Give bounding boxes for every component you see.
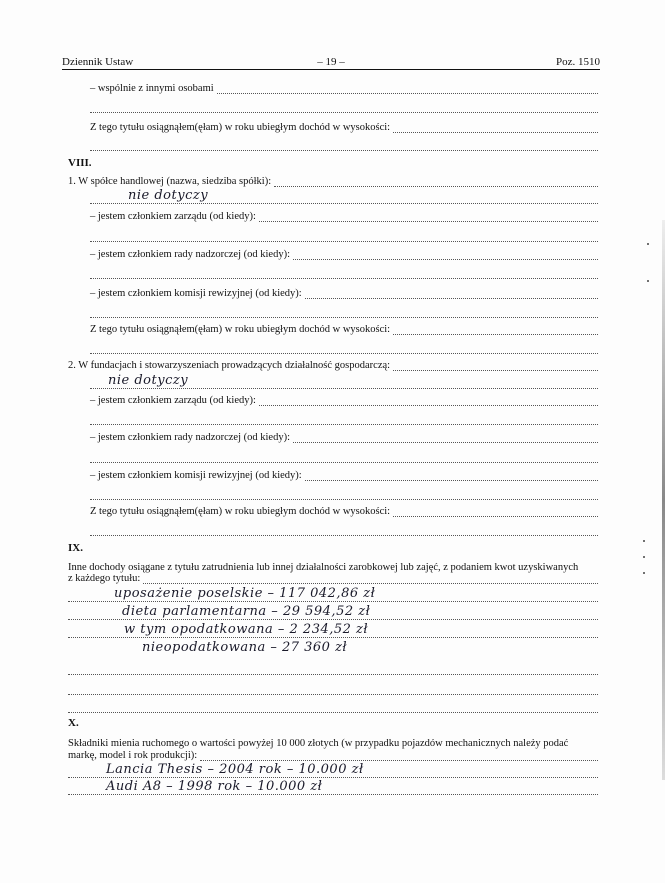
handwritten-entry: Audi A8 – 1998 rok – 10.000 zł	[106, 779, 322, 794]
income-entry-row: w tym opodatkowana – 2 234,52 zł	[68, 622, 598, 640]
jointly-row: – wspólnie z innymi osobami	[90, 82, 598, 96]
fill-line-row	[90, 451, 598, 465]
handwritten-entry: Lancia Thesis – 2004 rok – 10.000 zł	[106, 762, 364, 777]
page-number: – 19 –	[62, 56, 600, 68]
income-entry-row: uposażenie poselskie – 117 042,86 zł	[68, 586, 598, 604]
company-handwritten-row: nie dotyczy	[68, 188, 598, 206]
section-ix-title: IX.	[68, 542, 83, 554]
fill-line-row	[90, 342, 598, 356]
income-row: Z tego tytułu osiągnąłem(ęłam) w roku ub…	[90, 323, 598, 337]
handwritten-entry: uposażenie poselskie – 117 042,86 zł	[114, 586, 375, 601]
foundations-row: 2. W fundacjach i stowarzyszeniach prowa…	[68, 359, 598, 373]
fill-line-row	[68, 683, 598, 697]
document-page: Dziennik Ustaw – 19 – Poz. 1510 – wspóln…	[0, 0, 665, 883]
handwritten-entry: nie dotyczy	[108, 373, 188, 388]
fill-line-row	[90, 306, 598, 320]
supervisory-row: – jestem członkiem rady nadzorczej (od k…	[90, 248, 598, 262]
fill-line-row	[90, 267, 598, 281]
income-row: Z tego tytułu osiągnąłem(ęłam) w roku ub…	[90, 121, 598, 135]
page-header: Dziennik Ustaw – 19 – Poz. 1510	[62, 56, 600, 70]
income-entry-row: nieopodatkowana – 27 360 zł	[68, 640, 598, 658]
scan-speck	[643, 540, 645, 542]
income-row: Z tego tytułu osiągnąłem(ęłam) w roku ub…	[90, 505, 598, 519]
income-entry-row: dieta parlamentarna – 29 594,52 zł	[68, 604, 598, 622]
position-number: Poz. 1510	[556, 56, 600, 68]
handwritten-entry: nieopodatkowana – 27 360 zł	[142, 640, 347, 655]
each-title-row: z każdego tytułu:	[68, 572, 598, 586]
fill-line-row	[68, 701, 598, 715]
section-x-title: X.	[68, 717, 79, 729]
company-row: 1. W spółce handlowej (nazwa, siedziba s…	[68, 175, 598, 189]
audit-row: – jestem członkiem komisji rewizyjnej (o…	[90, 287, 598, 301]
scan-speck	[647, 243, 649, 245]
board-row: – jestem członkiem zarządu (od kiedy):	[90, 394, 598, 408]
handwritten-entry: nie dotyczy	[128, 188, 208, 203]
asset-entry-row: Lancia Thesis – 2004 rok – 10.000 zł	[68, 762, 598, 780]
fill-line-row	[90, 139, 598, 153]
fill-line-row	[90, 101, 598, 115]
board-row: – jestem członkiem zarządu (od kiedy):	[90, 210, 598, 224]
fill-line-row	[90, 524, 598, 538]
section-viii-title: VIII.	[68, 157, 92, 169]
fill-line-row	[90, 488, 598, 502]
audit-row: – jestem członkiem komisji rewizyjnej (o…	[90, 469, 598, 483]
fill-line	[217, 83, 598, 94]
scan-speck	[643, 556, 645, 558]
handwritten-entry: w tym opodatkowana – 2 234,52 zł	[124, 622, 368, 637]
handwritten-entry: dieta parlamentarna – 29 594,52 zł	[122, 604, 370, 619]
fill-line-row	[90, 230, 598, 244]
scan-speck	[647, 280, 649, 282]
asset-entry-row: Audi A8 – 1998 rok – 10.000 zł	[68, 779, 598, 797]
fill-line-row	[68, 663, 598, 677]
brand-model-row: markę, model i rok produkcji):	[68, 749, 598, 763]
foundations-handwritten-row: nie dotyczy	[68, 373, 598, 391]
header-rule	[62, 69, 600, 70]
fill-line-row	[90, 413, 598, 427]
scan-speck	[643, 572, 645, 574]
supervisory-row: – jestem członkiem rady nadzorczej (od k…	[90, 431, 598, 445]
